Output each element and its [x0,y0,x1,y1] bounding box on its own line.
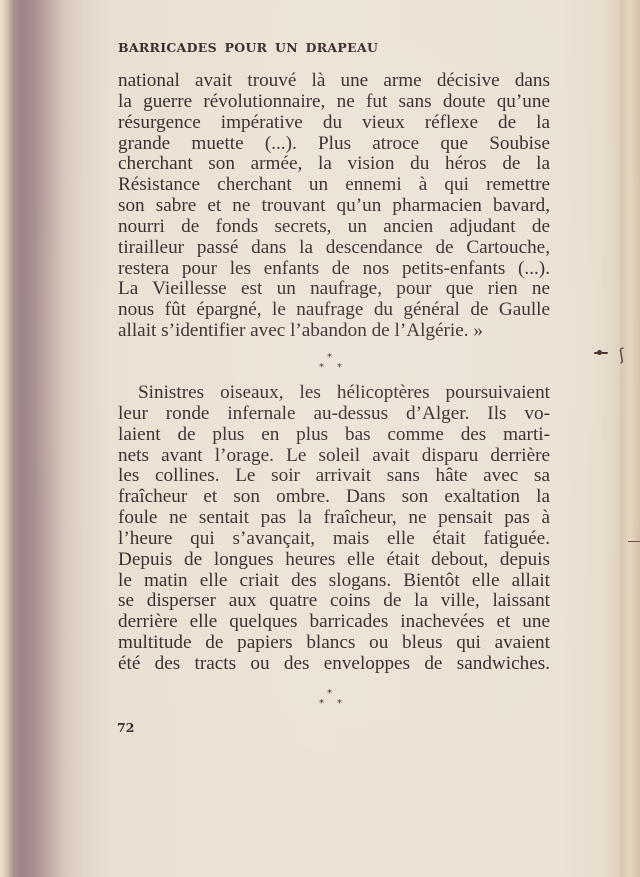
asterisk-icon: * [337,362,342,373]
text-line: se disperser aux quatre coins de la vill… [118,591,550,612]
text-line: multitude de papiers blancs ou bleus qui… [118,633,550,654]
asterisk-icon: * [327,688,332,699]
book-page: BARRICADES POUR UN DRAPEAU national avai… [0,0,640,877]
paragraph-helicopters: Sinistres oiseaux, les hélicoptères pour… [118,383,550,675]
text-line: cherchant son armée, la vision du héros … [118,154,550,175]
text-line: nourri de fonds secrets, un ancien adjud… [118,217,550,238]
text-line: foule ne sentait pas la fraîcheur, ne pe… [118,508,550,529]
asterisk-icon: * [337,698,342,709]
text-line: La Vieillesse est un naufrage, pour que … [118,279,550,300]
text-line: les collines. Le soir arrivait sans hâte… [118,466,550,487]
text-line: nets avant l’orage. Le soleil avait disp… [118,446,550,467]
text-line: la guerre révolutionnaire, ne fut sans d… [118,92,550,113]
text-line: été des tracts ou des enveloppes de sand… [118,654,550,675]
asterisk-icon: * [327,352,332,363]
text-line: son sabre et ne trouvant qu’un pharmacie… [118,196,550,217]
running-head: BARRICADES POUR UN DRAPEAU [118,40,378,55]
paragraph-quote-end: national avait trouvé là une arme décisi… [118,71,550,342]
text-line: l’heure qui s’avançait, mais elle était … [118,529,550,550]
text-line: leur ronde infernale au-dessus d’Alger. … [118,404,550,425]
text-line: Résistance cherchant un ennemi à qui rem… [118,175,550,196]
text-line: grande muette (...). Plus atroce que Sou… [118,134,550,155]
asterisk-icon: * [319,698,324,709]
text-line: tirailleur passé dans la descendance de … [118,238,550,259]
page-number: 72 [117,720,134,735]
text-line: le matin elle criait des slogans. Bientô… [118,571,550,592]
text-line: nous fût épargné, le naufrage du général… [118,300,550,321]
text-line: résurgence impérative du vieux réflexe d… [118,113,550,134]
edge-scratch-icon [628,541,640,542]
asterisk-icon: * [319,362,324,373]
text-line: derrière elle quelques barricades inache… [118,612,550,633]
text-line: Depuis de longues heures elle était debo… [118,550,550,571]
text-line: restera pour les enfants de nos petits-e… [118,259,550,280]
text-line: national avait trouvé là une arme décisi… [118,71,550,92]
pen-stroke-icon: ʃ [617,345,626,365]
text-line: allait s’identifier avec l’abandon de l’… [118,321,550,342]
section-break-asterism: * * * [316,352,346,374]
section-break-asterism: * * * [316,688,346,710]
pen-mark-icon [594,351,608,355]
text-line: fraîcheur et son ombre. Dans son exaltat… [118,487,550,508]
text-line: laient de plus en plus bas comme des mar… [118,425,550,446]
text-line: Sinistres oiseaux, les hélicoptères pour… [118,383,550,404]
